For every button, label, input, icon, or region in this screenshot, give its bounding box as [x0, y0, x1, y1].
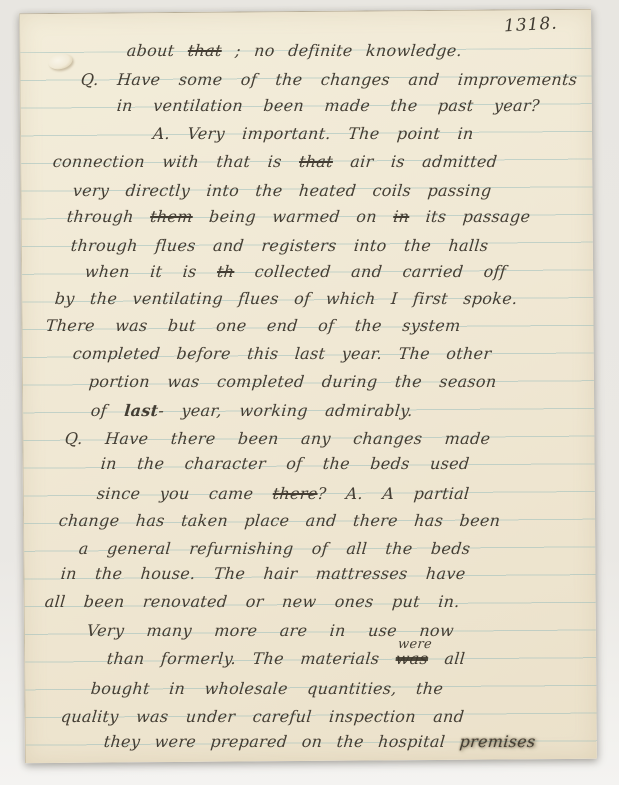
handwritten-line: through them being warmed on in its pass…: [66, 207, 531, 226]
handwritten-line: There was but one end of the system: [45, 316, 461, 335]
handwritten-line: portion was completed during the season: [88, 372, 497, 391]
handwritten-line: about that ; no definite knowledge.: [126, 41, 463, 60]
handwritten-line: than formerly. The materials werewas all: [106, 649, 466, 668]
handwritten-line: in the house. The hair mattresses have: [60, 564, 466, 583]
handwritten-line: they were prepared on the hospital premi…: [103, 732, 536, 751]
handwritten-line: when it is th collected and carried off: [84, 262, 507, 281]
handwritten-line: in the character of the beds used: [100, 454, 470, 473]
inserted-word: were: [397, 637, 432, 652]
handwritten-line: bought in wholesale quantities, the: [90, 679, 444, 698]
handwritten-line: change has taken place and there has bee…: [58, 511, 501, 530]
page-number: 1318.: [504, 14, 559, 37]
handwritten-line: completed before this last year. The oth…: [72, 344, 492, 363]
handwritten-line: connection with that is that air is admi…: [52, 152, 498, 171]
handwritten-line: A. Very important. The point in: [152, 124, 474, 143]
handwritten-line: Q. Have there been any changes made: [64, 429, 491, 448]
handwritten-line: through flues and registers into the hal…: [70, 236, 489, 255]
handwritten-line: by the ventilating flues of which I firs…: [54, 289, 518, 308]
handwritten-line: in ventilation been made the past year?: [116, 96, 541, 115]
handwritten-line: a general refurnishing of all the beds: [78, 539, 471, 558]
handwritten-line: very directly into the heated coils pass…: [72, 181, 492, 200]
handwritten-line: of last- year, working admirably.: [90, 401, 414, 420]
handwritten-line: all been renovated or new ones put in.: [44, 592, 461, 611]
handwritten-line: since you came there? A. A partial: [96, 484, 470, 503]
handwriting-layer: 1318. about that ; no definite knowledge…: [0, 0, 619, 785]
handwritten-line: Q. Have some of the changes and improvem…: [80, 70, 578, 89]
handwritten-line: quality was under careful inspection and: [60, 707, 465, 726]
